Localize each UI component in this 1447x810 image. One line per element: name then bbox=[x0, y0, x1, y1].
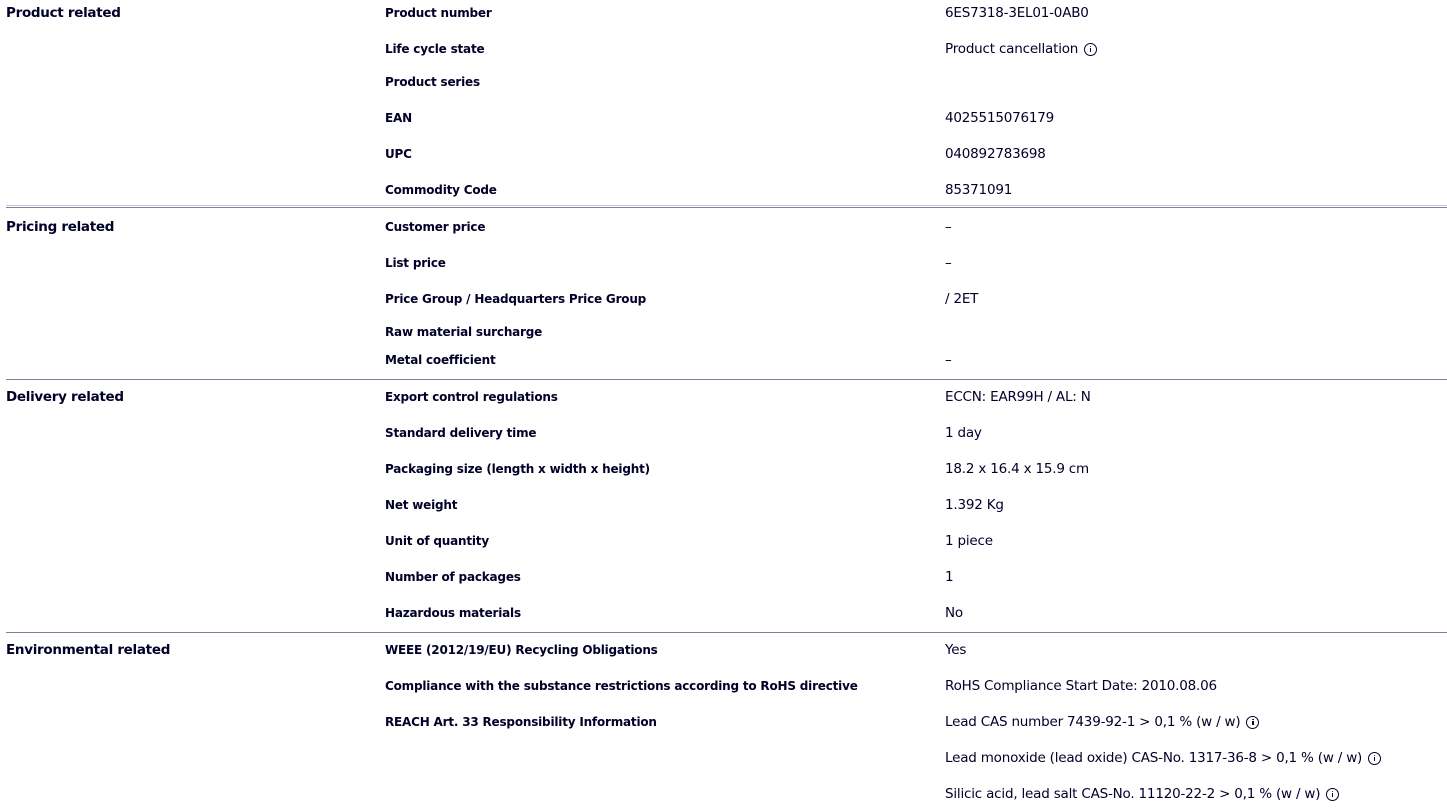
field-label: Metal coefficient bbox=[385, 353, 496, 367]
field-value-text: 85371091 bbox=[945, 182, 1012, 198]
field-value: No bbox=[945, 605, 963, 621]
field-value-text: ECCN: EAR99H / AL: N bbox=[945, 389, 1091, 405]
field-value: Yes bbox=[945, 642, 966, 658]
field-value: Silicic acid, lead salt CAS-No. 11120-22… bbox=[945, 786, 1339, 802]
field-label: EAN bbox=[385, 111, 412, 125]
field-value-text: 6ES7318-3EL01-0AB0 bbox=[945, 5, 1089, 21]
field-label: Net weight bbox=[385, 498, 457, 512]
field-value: / 2ET bbox=[945, 291, 978, 307]
field-label: Unit of quantity bbox=[385, 534, 489, 548]
field-value-text: Silicic acid, lead salt CAS-No. 11120-22… bbox=[945, 786, 1320, 802]
field-label: Export control regulations bbox=[385, 390, 558, 404]
info-icon[interactable] bbox=[1084, 43, 1097, 56]
field-label: Commodity Code bbox=[385, 183, 497, 197]
field-value-text: Lead monoxide (lead oxide) CAS-No. 1317-… bbox=[945, 750, 1362, 766]
field-value: – bbox=[945, 352, 952, 368]
field-value: 1 bbox=[945, 569, 953, 585]
field-value: 18.2 x 16.4 x 15.9 cm bbox=[945, 461, 1089, 477]
field-value-text: No bbox=[945, 605, 963, 621]
info-icon[interactable] bbox=[1246, 716, 1259, 729]
field-value-text: 1 piece bbox=[945, 533, 993, 549]
field-label: Hazardous materials bbox=[385, 606, 521, 620]
field-label: List price bbox=[385, 256, 446, 270]
field-value: 1.392 Kg bbox=[945, 497, 1004, 513]
field-label: Raw material surcharge bbox=[385, 325, 542, 339]
field-value: ECCN: EAR99H / AL: N bbox=[945, 389, 1091, 405]
field-value: Lead monoxide (lead oxide) CAS-No. 1317-… bbox=[945, 750, 1381, 766]
section-title: Pricing related bbox=[6, 219, 114, 235]
field-label: UPC bbox=[385, 147, 412, 161]
field-value-text: – bbox=[945, 219, 952, 235]
info-icon[interactable] bbox=[1326, 788, 1339, 801]
section-divider bbox=[6, 632, 1447, 633]
field-value-text: 4025515076179 bbox=[945, 110, 1054, 126]
field-value: RoHS Compliance Start Date: 2010.08.06 bbox=[945, 678, 1217, 694]
field-value-text: 040892783698 bbox=[945, 146, 1046, 162]
field-value: 6ES7318-3EL01-0AB0 bbox=[945, 5, 1089, 21]
info-icon[interactable] bbox=[1368, 752, 1381, 765]
field-value: Lead CAS number 7439-92-1 > 0,1 % (w / w… bbox=[945, 714, 1259, 730]
field-label: Number of packages bbox=[385, 570, 521, 584]
field-value-text: / 2ET bbox=[945, 291, 978, 307]
field-value: – bbox=[945, 255, 952, 271]
field-label: Product series bbox=[385, 75, 480, 89]
field-value: Product cancellation bbox=[945, 41, 1097, 57]
field-value-text: 1 bbox=[945, 569, 953, 585]
field-label: Compliance with the substance restrictio… bbox=[385, 679, 858, 693]
field-value-text: 18.2 x 16.4 x 15.9 cm bbox=[945, 461, 1089, 477]
section-divider bbox=[6, 205, 1447, 206]
field-label: Customer price bbox=[385, 220, 485, 234]
field-value: 85371091 bbox=[945, 182, 1012, 198]
field-label: WEEE (2012/19/EU) Recycling Obligations bbox=[385, 643, 658, 657]
field-value: 1 piece bbox=[945, 533, 993, 549]
field-label: Price Group / Headquarters Price Group bbox=[385, 292, 646, 306]
field-value-text: 1 day bbox=[945, 425, 982, 441]
section-title: Delivery related bbox=[6, 389, 124, 405]
field-value: 1 day bbox=[945, 425, 982, 441]
section-divider bbox=[6, 379, 1447, 380]
field-label: Packaging size (length x width x height) bbox=[385, 462, 650, 476]
field-value-text: Product cancellation bbox=[945, 41, 1078, 57]
field-label: Life cycle state bbox=[385, 42, 484, 56]
field-label: Product number bbox=[385, 6, 492, 20]
field-value-text: 1.392 Kg bbox=[945, 497, 1004, 513]
field-value-text: Yes bbox=[945, 642, 966, 658]
field-label: Standard delivery time bbox=[385, 426, 536, 440]
field-value-text: – bbox=[945, 352, 952, 368]
section-divider bbox=[6, 207, 1447, 208]
field-value: 4025515076179 bbox=[945, 110, 1054, 126]
field-value: – bbox=[945, 219, 952, 235]
field-label: REACH Art. 33 Responsibility Information bbox=[385, 715, 657, 729]
field-value-text: Lead CAS number 7439-92-1 > 0,1 % (w / w… bbox=[945, 714, 1240, 730]
field-value: 040892783698 bbox=[945, 146, 1046, 162]
section-title: Environmental related bbox=[6, 642, 170, 658]
field-value-text: RoHS Compliance Start Date: 2010.08.06 bbox=[945, 678, 1217, 694]
section-title: Product related bbox=[6, 5, 121, 21]
field-value-text: – bbox=[945, 255, 952, 271]
